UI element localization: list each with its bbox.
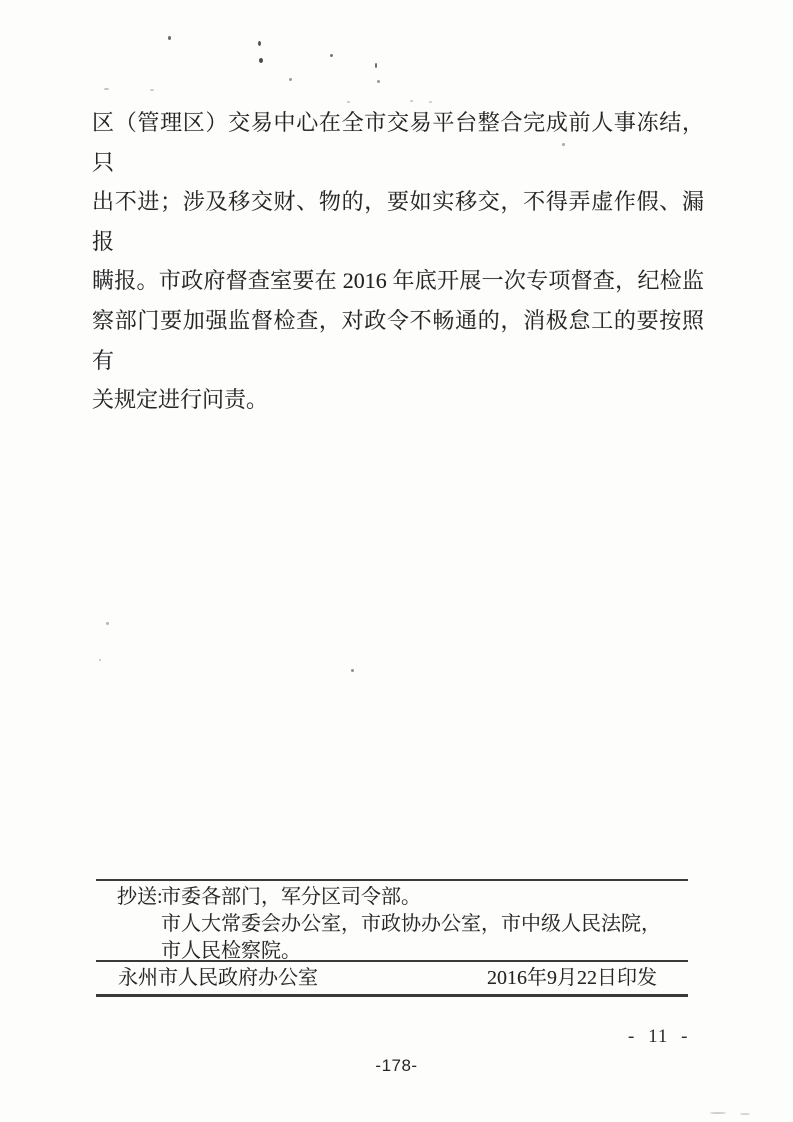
- body-line-3: 瞒报。市政府督查室要在 2016 年底开展一次专项督查，纪检监: [92, 261, 704, 301]
- issuing-office: 永州市人民政府办公室: [118, 963, 318, 994]
- colophon-top-rule: [96, 960, 688, 962]
- speckle: [740, 1113, 750, 1115]
- body-line-1: 区（管理区）交易中心在全市交易平台整合完成前人事冻结，只: [92, 103, 704, 182]
- speckle: [258, 41, 261, 46]
- speckle: [106, 622, 109, 625]
- body-line-5: 关规定进行问责。: [92, 380, 704, 420]
- cc-line-2: 市人大常委会办公室，市政协办公室，市中级人民法院，: [161, 911, 681, 938]
- speckle: [375, 63, 377, 68]
- cc-line-1: 市委各部门，军分区司令部。: [161, 884, 681, 911]
- body-line-4: 察部门要加强监督检查，对政令不畅通的，消极怠工的要按照有: [92, 301, 704, 380]
- speckle: [351, 669, 354, 672]
- speckle: [150, 89, 154, 91]
- body-paragraph: 区（管理区）交易中心在全市交易平台整合完成前人事冻结，只 出不进；涉及移交财、物…: [92, 103, 704, 420]
- cc-section-top-rule: [96, 879, 688, 881]
- speckle: [377, 80, 380, 83]
- speckle: [259, 58, 263, 63]
- colophon-row: 永州市人民政府办公室 2016年9月22日印发: [118, 963, 657, 994]
- page-number-document: - 11 -: [628, 1025, 688, 1049]
- speckle: [104, 88, 109, 90]
- speckle: [410, 100, 413, 102]
- speckle: [289, 78, 292, 81]
- scanned-document-page: 区（管理区）交易中心在全市交易平台整合完成前人事冻结，只 出不进；涉及移交财、物…: [0, 0, 793, 1122]
- speckle: [330, 54, 333, 57]
- print-date: 2016年9月22日印发: [487, 963, 657, 994]
- cc-list: 市委各部门，军分区司令部。 市人大常委会办公室，市政协办公室，市中级人民法院， …: [161, 884, 681, 965]
- speckle: [168, 36, 171, 40]
- colophon-bottom-rule: [96, 994, 688, 997]
- speckle: [99, 659, 101, 661]
- speckle: [710, 1112, 726, 1114]
- cc-label: 抄送:: [117, 884, 163, 911]
- body-line-2: 出不进；涉及移交财、物的，要如实移交，不得弄虚作假、漏报: [92, 182, 704, 261]
- page-number-volume: -178-: [0, 1056, 793, 1076]
